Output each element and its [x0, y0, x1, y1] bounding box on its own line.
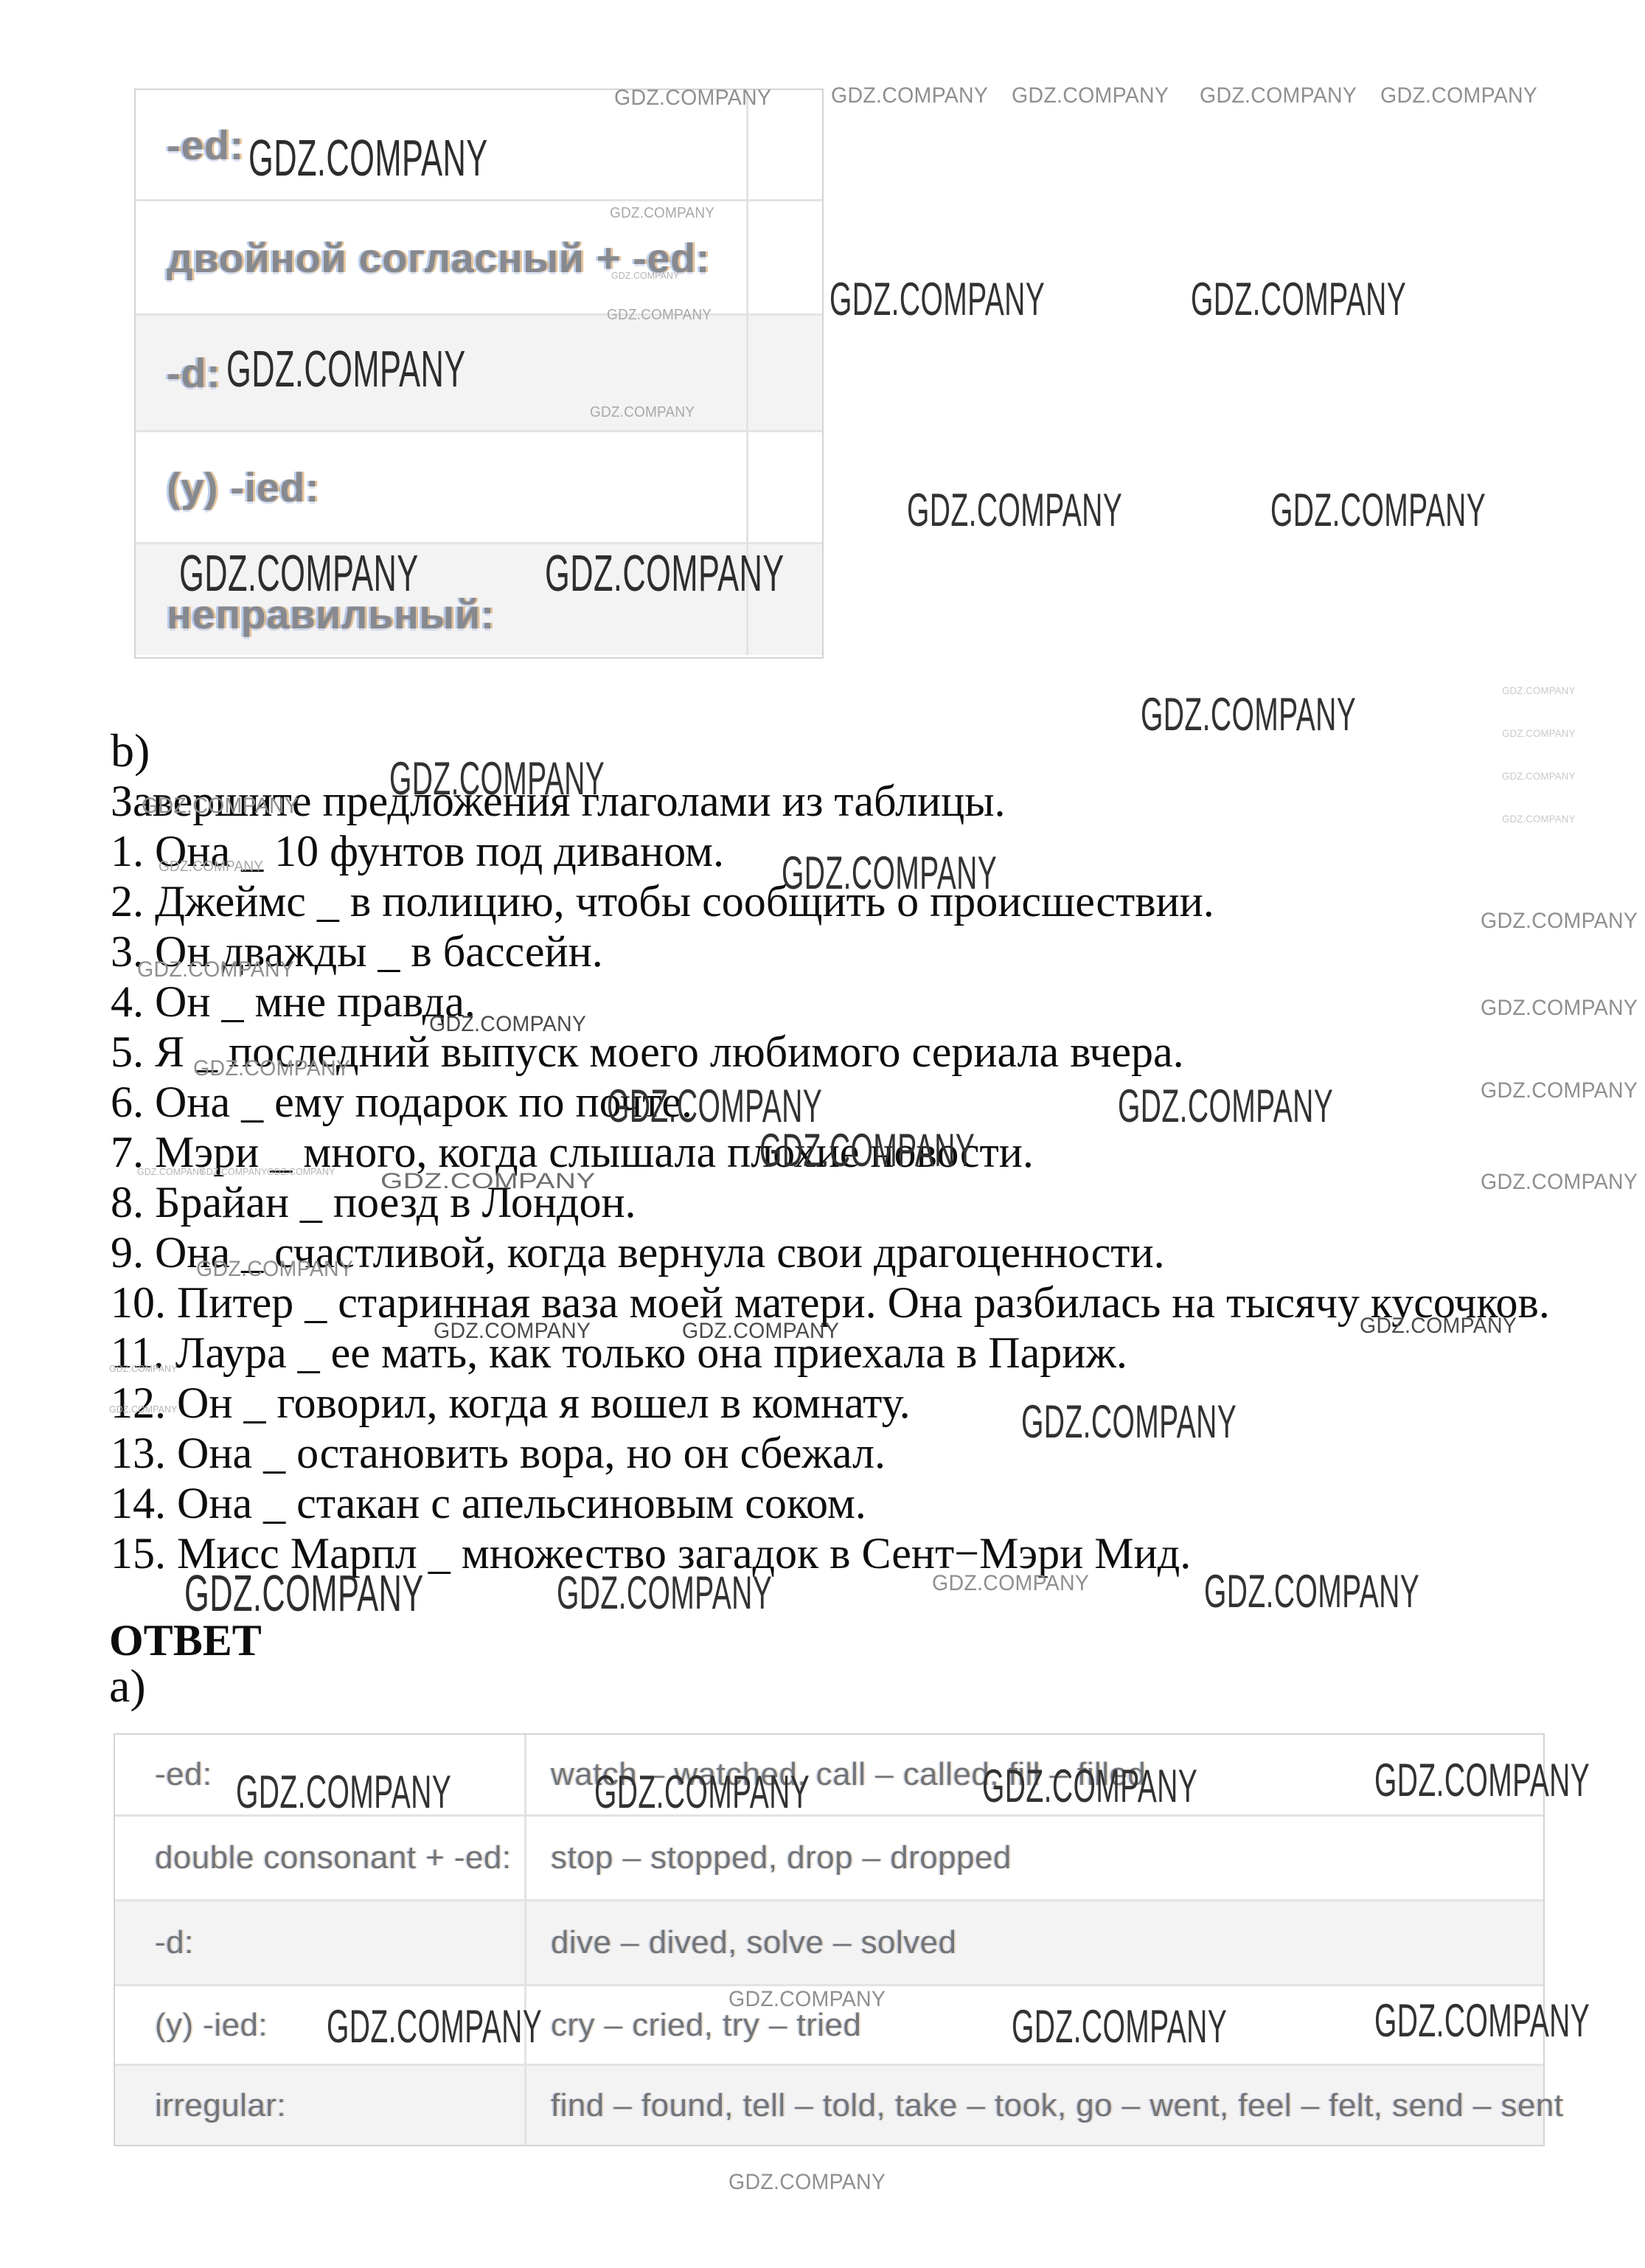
answer-rule-label: (y) -ied: [155, 2007, 268, 2044]
watermark: GDZ.COMPANY [236, 1766, 451, 1819]
sentence-line: 12. Он _ говорил, когда я вошел в комнат… [111, 1378, 1630, 1428]
answer-rule-row: double consonant + -ed:stop – stopped, d… [115, 1814, 1543, 1899]
watermark: GDZ.COMPANY [759, 1124, 975, 1177]
watermark: GDZ.COMPANY [1380, 83, 1537, 108]
verb-rule-label: -ed: [167, 121, 244, 169]
answer-rule-label: -ed: [155, 1756, 212, 1793]
answer-rule-row: irregular:find – found, tell – told, tak… [115, 2064, 1543, 2145]
verb-rule-empty-cell [748, 316, 822, 430]
answer-examples-text: cry – cried, try – tried [551, 2007, 861, 2044]
verb-rule-empty-cell [748, 201, 822, 313]
watermark: GDZ.COMPANY [226, 339, 466, 398]
watermark: GDZ.COMPANY [248, 128, 488, 187]
watermark: GDZ.COMPANY [1502, 684, 1575, 696]
sentence-line: 6. Она _ ему подарок по почте. [111, 1077, 1630, 1127]
answer-examples-text: stop – stopped, drop – dropped [551, 1839, 1012, 1876]
watermark: GDZ.COMPANY [982, 1760, 1197, 1813]
watermark: GDZ.COMPANY [429, 1012, 586, 1037]
watermark: GDZ.COMPANY [327, 2000, 542, 2053]
watermark: GDZ.COMPANY [1481, 909, 1638, 934]
sentence-line: 13. Она _ остановить вора, но он сбежал. [111, 1428, 1630, 1478]
watermark: GDZ.COMPANY [109, 1404, 177, 1415]
watermark: GDZ.COMPANY [611, 270, 679, 281]
watermark: GDZ.COMPANY [137, 957, 294, 982]
watermark: GDZ.COMPANY [1481, 1078, 1638, 1103]
answer-examples-cell: dive – dived, solve – solved [526, 1901, 1543, 1984]
watermark: GDZ.COMPANY [830, 273, 1045, 326]
verb-rule-row: (y) -ied: [136, 430, 822, 542]
sentence-list: 1. Она _ 10 фунтов под диваном.2. Джеймс… [111, 826, 1630, 1578]
watermark: GDZ.COMPANY [109, 1363, 177, 1374]
watermark: GDZ.COMPANY [159, 859, 263, 875]
watermark: GDZ.COMPANY [932, 1571, 1089, 1596]
answer-rule-label: double consonant + -ed: [155, 1839, 512, 1876]
watermark: GDZ.COMPANY [728, 1987, 886, 2012]
document-page: GDZ.COMPANYGDZ.COMPANYGDZ.COMPANYGDZ.COM… [0, 0, 1645, 2268]
verb-rule-label: -d: [167, 349, 220, 397]
watermark: GDZ.COMPANY [1502, 770, 1575, 782]
watermark: GDZ.COMPANY [142, 794, 299, 819]
answer-heading: ОТВЕТ [109, 1617, 262, 1664]
answer-examples-text: dive – dived, solve – solved [551, 1924, 956, 1961]
watermark: GDZ.COMPANY [1502, 813, 1575, 825]
watermark: GDZ.COMPANY [179, 544, 419, 603]
verb-rule-cell: (y) -ied: [136, 432, 748, 542]
watermark: GDZ.COMPANY [1481, 1170, 1638, 1195]
watermark: GDZ.COMPANY [594, 1766, 810, 1819]
watermark: GDZ.COMPANY [1481, 996, 1638, 1021]
watermark: GDZ.COMPANY [557, 1567, 772, 1620]
watermark: GDZ.COMPANY [1360, 1314, 1517, 1339]
watermark: GDZ.COMPANY [137, 1166, 205, 1177]
watermark: GDZ.COMPANY [907, 484, 1122, 537]
watermark: GDZ.COMPANY [1191, 273, 1406, 326]
watermark: GDZ.COMPANY [389, 752, 605, 805]
answer-rule-label: irregular: [155, 2087, 286, 2124]
watermark: GDZ.COMPANY [267, 1166, 335, 1177]
sentence-line: 4. Он _ мне правда. [111, 977, 1630, 1027]
watermark: GDZ.COMPANY [196, 1257, 353, 1282]
part-a-label: a) [109, 1661, 146, 1711]
sentence-line: 8. Брайан _ поезд в Лондон. [111, 1177, 1630, 1227]
watermark: GDZ.COMPANY [1374, 1994, 1590, 2047]
watermark: GDZ.COMPANY [1374, 1754, 1590, 1807]
answer-rule-label: -d: [155, 1924, 194, 1961]
sentence-line: 14. Она _ стакан с апельсиновым соком. [111, 1478, 1630, 1528]
watermark: GDZ.COMPANY [545, 544, 785, 603]
watermark: GDZ.COMPANY [728, 2170, 886, 2195]
watermark: GDZ.COMPANY [782, 847, 997, 900]
answer-rule-cell: irregular: [115, 2066, 526, 2145]
exercise-intro: Завершите предложения глаголами из табли… [111, 776, 1630, 826]
watermark: GDZ.COMPANY [1021, 1395, 1237, 1449]
watermark: GDZ.COMPANY [1141, 688, 1356, 741]
watermark: GDZ.COMPANY [1012, 83, 1169, 108]
watermark: GDZ.COMPANY [1118, 1080, 1333, 1133]
watermark: GDZ.COMPANY [831, 83, 988, 108]
answer-examples-cell: stop – stopped, drop – dropped [526, 1817, 1543, 1899]
watermark: GDZ.COMPANY [682, 1319, 839, 1344]
watermark: GDZ.COMPANY [607, 307, 712, 324]
watermark: GDZ.COMPANY [199, 1166, 267, 1177]
sentence-line: 3. Он дважды _ в бассейн. [111, 926, 1630, 977]
watermark: GDZ.COMPANY [434, 1319, 591, 1344]
verb-rule-empty-cell [748, 432, 822, 542]
answer-examples-cell: find – found, tell – told, take – took, … [526, 2066, 1563, 2145]
verb-rule-label: (y) -ied: [167, 463, 319, 511]
verb-rule-row: двойной согласный + -ed: [136, 199, 822, 313]
watermark: GDZ.COMPANY [1270, 484, 1486, 537]
watermark: GDZ.COMPANY [610, 205, 714, 222]
answer-rule-row: -d:dive – dived, solve – solved [115, 1899, 1543, 1984]
answer-rule-cell: -d: [115, 1901, 526, 1984]
watermark: GDZ.COMPANY [614, 86, 771, 111]
answer-examples-text: find – found, tell – told, take – took, … [551, 2087, 1563, 2124]
watermark: GDZ.COMPANY [193, 1056, 350, 1081]
answer-rule-cell: double consonant + -ed: [115, 1817, 526, 1899]
watermark: GDZ.COMPANY [184, 1564, 424, 1623]
watermark: GDZ.COMPANY [1200, 83, 1357, 108]
watermark: GDZ.COMPANY [1502, 727, 1575, 739]
part-b-label: b) [111, 726, 1630, 776]
watermark: GDZ.COMPANY [380, 1169, 596, 1194]
watermark: GDZ.COMPANY [590, 404, 695, 421]
watermark: GDZ.COMPANY [1012, 2000, 1227, 2053]
watermark: GDZ.COMPANY [1204, 1565, 1419, 1618]
